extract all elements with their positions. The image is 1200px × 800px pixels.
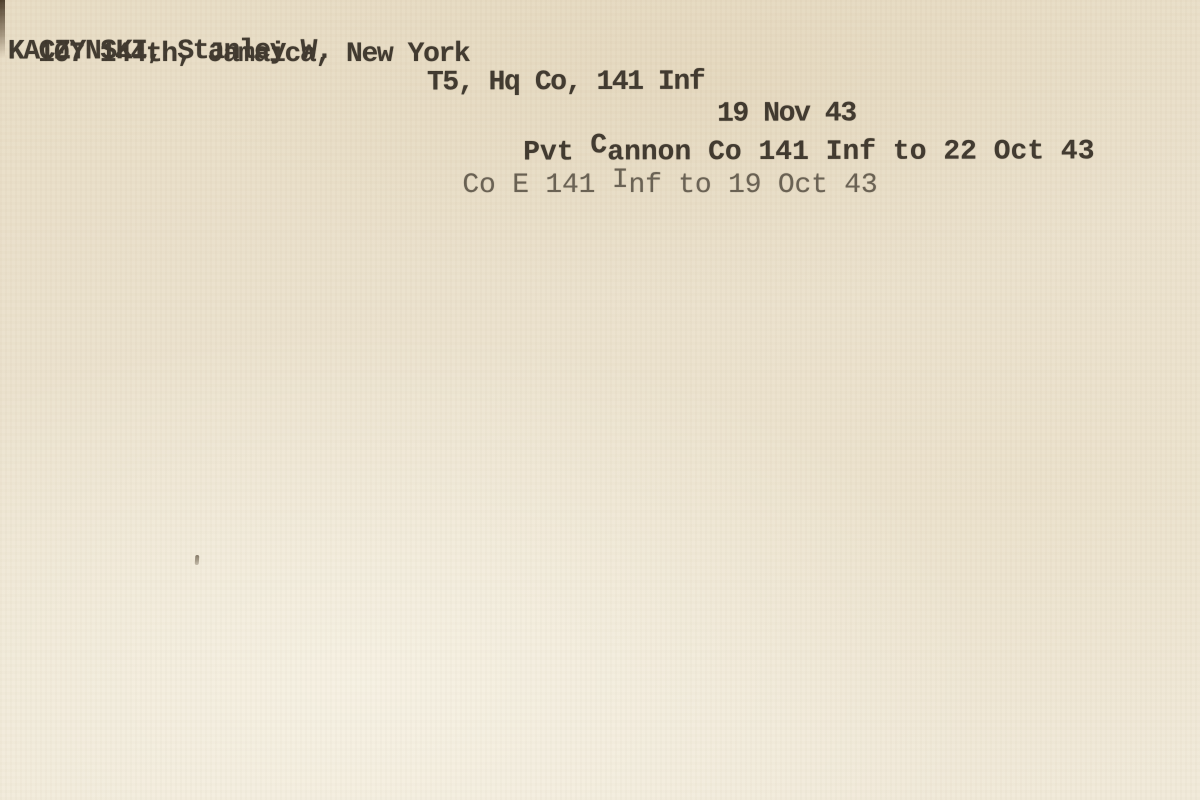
index-card: KACZYNSKI, Stanley W. T5, Hq Co, 141 Inf…	[0, 0, 1200, 800]
service-entry-2: Co E 141 Inf to 19 Oct 43	[396, 138, 878, 234]
ink-speck	[195, 555, 200, 565]
rank-and-unit: T5, Hq Co, 141 Inf	[427, 67, 704, 100]
service-entry-2-raised-char: I	[612, 165, 629, 197]
service-entry-2-rest: nf to 19 Oct 43	[628, 170, 877, 202]
address-line: 107 144th, Jamaica, New York	[38, 39, 469, 71]
service-entry-2-prefix: Co E 141	[462, 170, 611, 202]
